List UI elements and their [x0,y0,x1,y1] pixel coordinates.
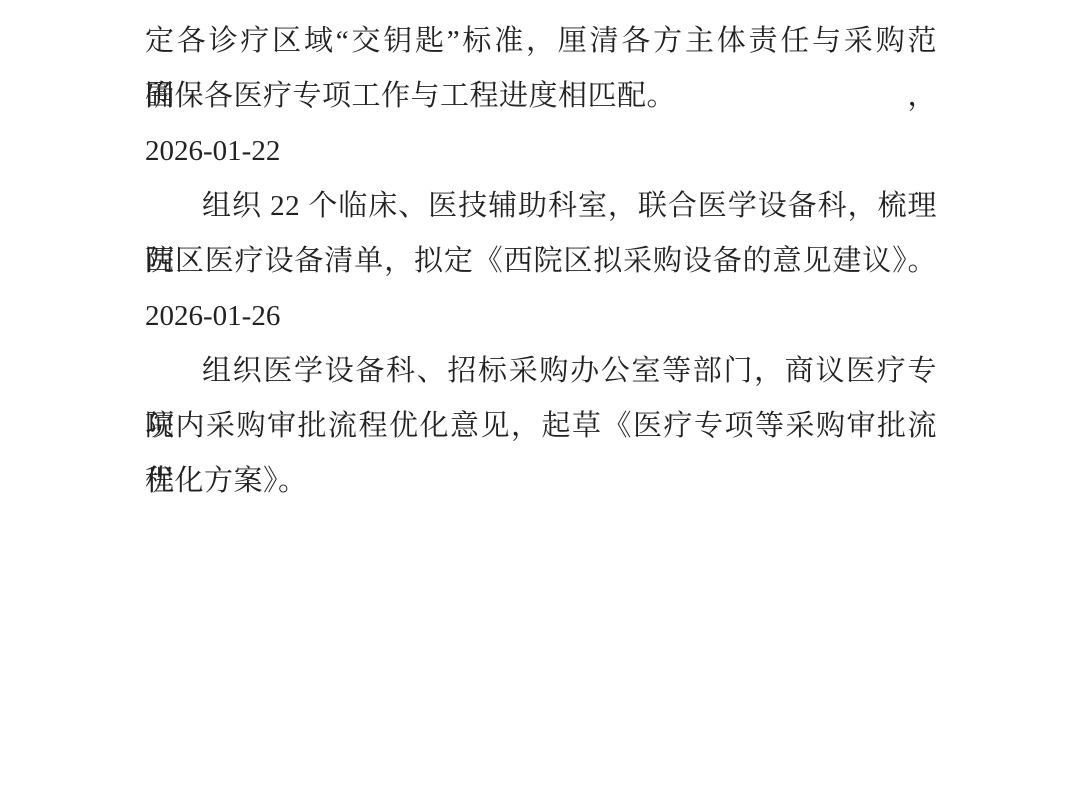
paragraph-line: 定各诊疗区域“交钥匙”标准，厘清各方主体责任与采购范围， [145,14,937,69]
paragraph-line: 院内采购审批流程优化意见，起草《医疗专项等采购审批流程 [145,399,937,454]
paragraph-line: 优化方案》。 [145,454,937,509]
paragraph-line: 组织 22 个临床、医技辅助科室，联合医学设备科，梳理西 [145,179,937,234]
paragraph-line: 院区医疗设备清单，拟定《西院区拟采购设备的意见建议》。 [145,234,937,289]
date-line: 2026-01-22 [145,124,937,179]
document-page: 定各诊疗区域“交钥匙”标准，厘清各方主体责任与采购范围， 确保各医疗专项工作与工… [0,0,1080,809]
paragraph-line: 组织医学设备科、招标采购办公室等部门，商议医疗专项 [145,344,937,399]
date-line: 2026-01-26 [145,289,937,344]
